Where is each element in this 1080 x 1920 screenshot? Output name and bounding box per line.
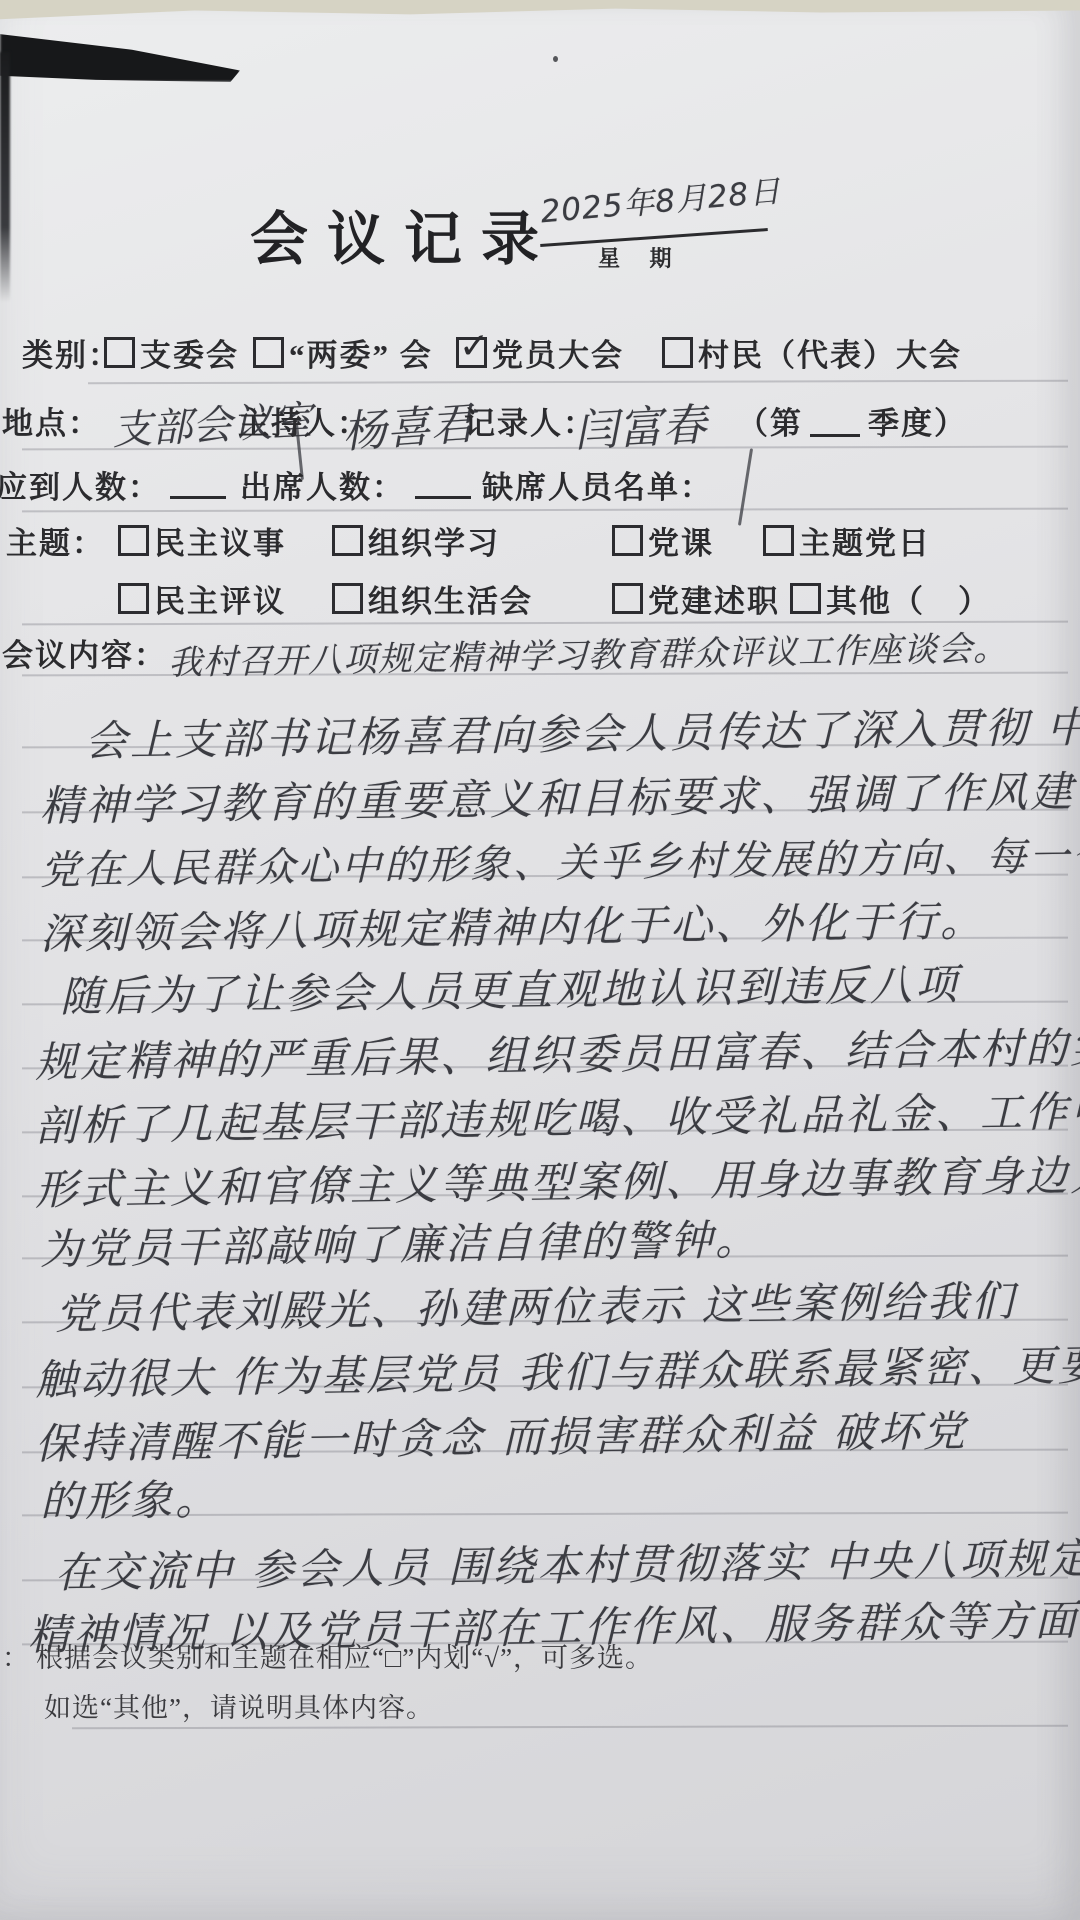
date-block: 2025年8月28日 星 期 [540, 176, 780, 221]
topic-row-1: 主题： 民主议事 组织学习 党课 主题党日 [0, 518, 1080, 570]
content-line: 形式主义和官僚主义等典型案例、用身边事教育身边人 [35, 1142, 1080, 1217]
weekday-label: 星 期 [598, 242, 684, 273]
checkbox-unchecked-icon [332, 525, 363, 556]
absent-list-label: 缺席人员名单： [482, 462, 713, 507]
checkbox-unchecked-icon [612, 525, 643, 556]
checkbox-unchecked-icon [332, 583, 363, 614]
checkbox-unchecked-icon [253, 337, 284, 368]
clip-object [0, 30, 240, 82]
content-line: 随后为了让参会人员更直观地认识到违反八项 [60, 952, 961, 1025]
topic-option-zuzhishenghuohui: 组织生活会 [332, 576, 533, 621]
topic-option-dangke: 党课 [612, 518, 714, 563]
date-handwritten: 2025年8月28日 [538, 166, 781, 232]
meeting-record-sheet: 会议记录 2025年8月28日 星 期 类别： 支委会 “两委” 会 ✓ 党员大… [0, 0, 1080, 1920]
category-option-cunmindahui: 村民（代表）大会 [662, 330, 962, 375]
content-line: 剖析了几起基层干部违规吃喝、收受礼品礼金、工作中 [35, 1078, 1080, 1153]
ink-speck [553, 56, 558, 62]
topic-label: 主题： [6, 518, 105, 563]
location-label: 地点： [2, 398, 101, 443]
form-title: 会议记录 [250, 192, 558, 276]
content-line: 深刻领会将八项规定精神内化于心、外化于行。 [40, 888, 986, 961]
category-option-liangwei: “两委” 会 [253, 330, 433, 375]
topic-option-minzhupingyi: 民主评议 [118, 576, 286, 621]
checkbox-unchecked-icon [790, 583, 821, 614]
quarter-suffix: 季度） [868, 398, 967, 443]
footnote-line-2: 如选“其他”，请说明具体内容。 [44, 1686, 434, 1725]
content-line: 触动很大 作为基层党员 我们与群众联系最紧密、更要 [35, 1333, 1080, 1408]
content-label: 会议内容： [2, 630, 167, 675]
content-header-row: 会议内容： 我村召开八项规定精神学习教育群众评议工作座谈会。 [0, 630, 1080, 682]
footnote-line-1: 根据会议类别和主题在相应“□”内划“√”，可多选。 [36, 1636, 653, 1675]
topic-option-zhutidangri: 主题党日 [763, 518, 931, 563]
content-line: 会上支部书记杨喜君向参会人员传达了深入贯彻 中央八项规定 [85, 691, 1080, 768]
checkbox-unchecked-icon [612, 583, 643, 614]
attendance-row: 应到人数： 出席人数： 缺席人员名单： [0, 462, 1080, 514]
category-option-zhiweihui: 支委会 [104, 330, 239, 375]
info-row: 地点： 支部会议室 主持人： 杨喜君 记录人： 闫富春 （第 季度） [0, 398, 1080, 450]
content-line: 党在人民群众心中的形象、关乎乡村发展的方向、每一个党员干部都 [40, 821, 1080, 896]
footnote-prefix: ： [2, 1636, 30, 1675]
checkbox-checked-icon: ✓ [456, 337, 487, 368]
expected-count-blank [170, 496, 226, 499]
content-line: 保持清醒不能一时贪念 而损害群众利益 破坏党 [35, 1398, 968, 1471]
category-row: 类别： 支委会 “两委” 会 ✓ 党员大会 村民（代表）大会 [0, 330, 1080, 382]
checkbox-unchecked-icon [118, 525, 149, 556]
photo-scene: 会议记录 2025年8月28日 星 期 类别： 支委会 “两委” 会 ✓ 党员大… [0, 0, 1080, 1920]
footnote-row-1: ： 根据会议类别和主题在相应“□”内划“√”，可多选。 [0, 1636, 1080, 1688]
topic-option-zuzhixuexi: 组织学习 [332, 518, 500, 563]
clip-object-stem [0, 52, 10, 302]
quarter-prefix: （第 [737, 398, 803, 443]
checkbox-unchecked-icon [104, 337, 135, 368]
content-line: 规定精神的严重后果、组织委员田富春、结合本村的实际 [35, 1014, 1080, 1090]
topic-row-2: 民主评议 组织生活会 党建述职 其他（ ） [0, 576, 1080, 628]
content-line: 的形象。 [40, 1467, 221, 1530]
content-first-line: 我村召开八项规定精神学习教育群众评议工作座谈会。 [168, 621, 1009, 685]
recorder-handwritten: 闫富春 [572, 389, 707, 460]
check-icon: ✓ [459, 326, 489, 367]
topic-option-dangjianshuzhi: 党建述职 [612, 576, 780, 621]
checkbox-unchecked-icon [662, 337, 693, 368]
content-line: 为党员干部敲响了廉洁自律的警钟。 [40, 1207, 761, 1277]
topic-option-minzhuyishi: 民主议事 [118, 518, 286, 563]
content-line: 党员代表刘殿光、孙建两位表示 这些案例给我们 [55, 1268, 1017, 1341]
present-count-label: 出席人数： [240, 462, 405, 507]
category-option-dangyuandahui: ✓ 党员大会 [456, 330, 624, 375]
expected-count-label: 应到人数： [0, 462, 161, 507]
checkbox-unchecked-icon [763, 525, 794, 556]
present-count-blank [415, 496, 471, 499]
host-handwritten: 杨喜君 [340, 387, 476, 460]
content-line: 精神学习教育的重要意义和目标要求、强调了作风建设关系到 [40, 757, 1080, 834]
checkbox-unchecked-icon [118, 583, 149, 614]
quarter-blank [810, 434, 860, 437]
topic-option-qita: 其他（ ） [790, 576, 991, 621]
footnote-row-2: 如选“其他”，请说明具体内容。 [0, 1686, 1080, 1738]
